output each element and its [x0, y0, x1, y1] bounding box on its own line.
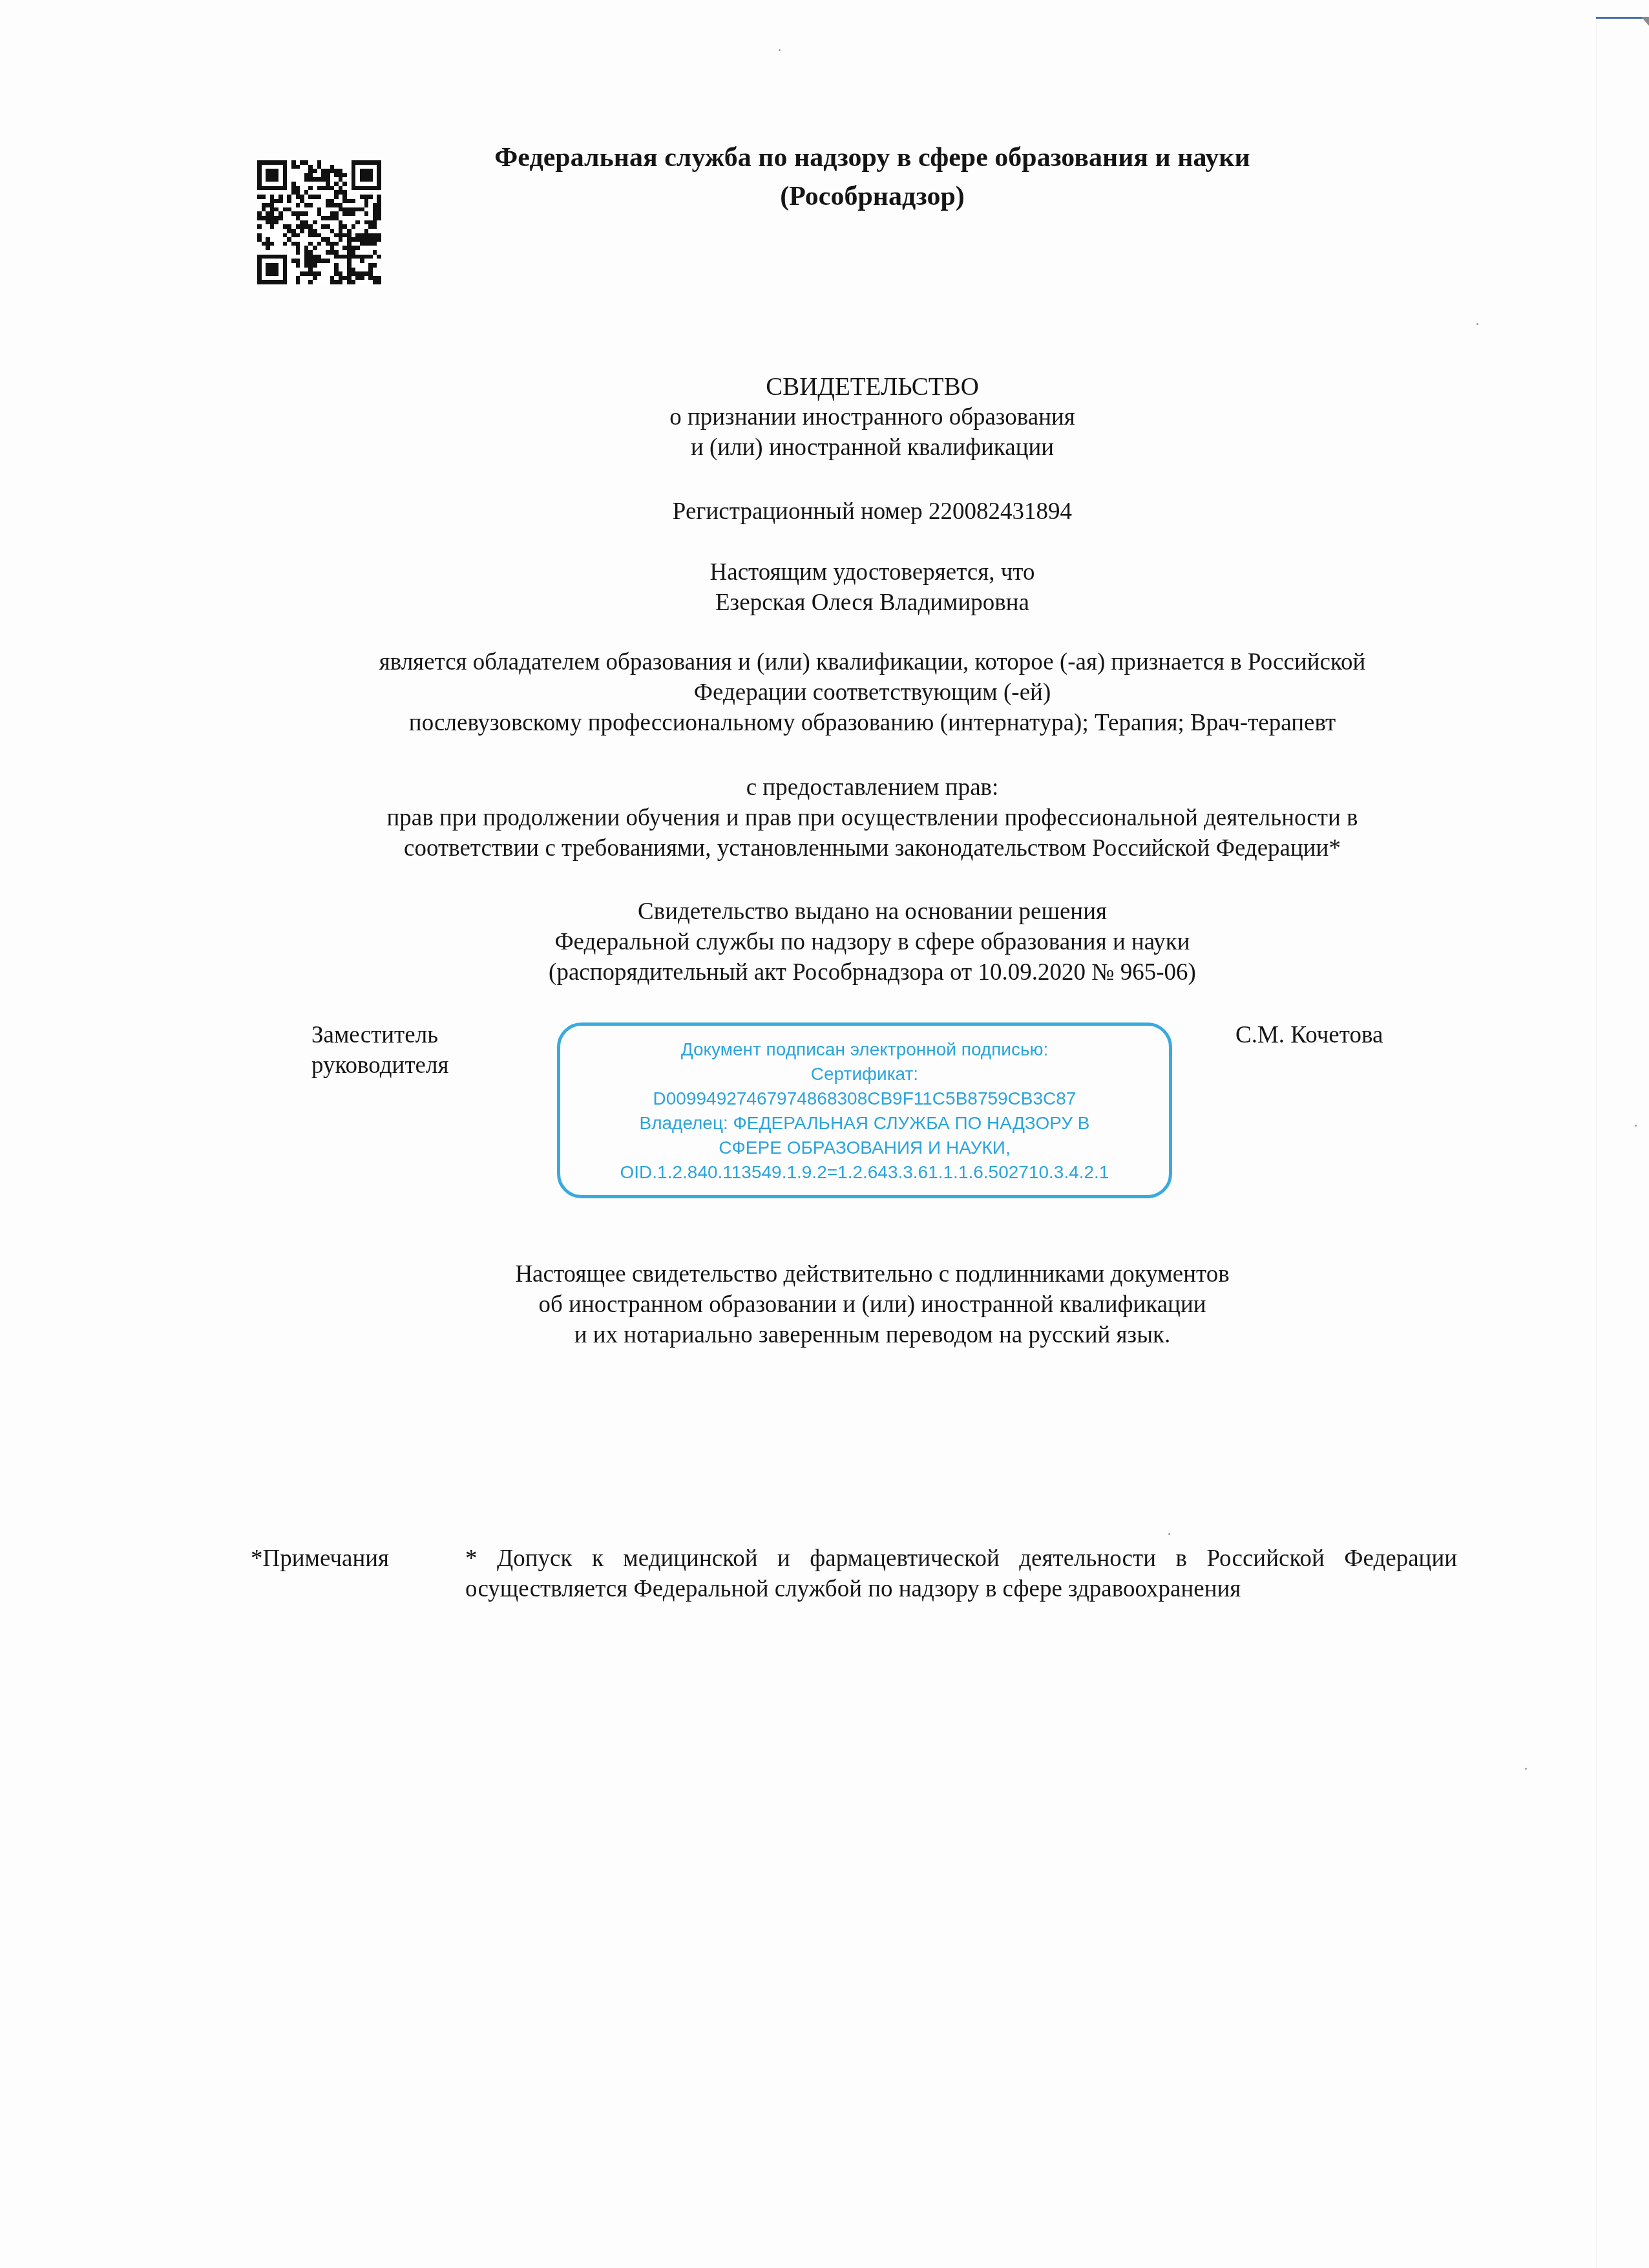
signatory-role: Заместитель руководителя	[311, 1020, 448, 1081]
holder-statement-line-1: является обладателем образования и (или)…	[258, 647, 1486, 677]
issuing-authority-header: Федеральная служба по надзору в сфере об…	[452, 138, 1292, 216]
validity-note: Настоящее свидетельство действительно с …	[258, 1259, 1486, 1350]
basis-line-1: Свидетельство выдано на основании решени…	[258, 896, 1486, 927]
holder-name: Езерская Олеся Владимировна	[258, 588, 1486, 618]
rights-line-2: соответствии с требованиями, установленн…	[258, 833, 1486, 864]
signatory-role-line-1: Заместитель	[311, 1020, 448, 1050]
document-subtitle-2: и (или) иностранной квалификации	[258, 432, 1486, 463]
issuance-basis: Свидетельство выдано на основании решени…	[258, 896, 1486, 988]
document-subtitle-1: о признании иностранного образования	[258, 402, 1486, 432]
authority-name: Федеральная служба по надзору в сфере об…	[452, 138, 1292, 177]
rights-line-1: прав при продолжении обучения и прав при…	[258, 803, 1486, 833]
notes-label: *Примечания	[251, 1543, 389, 1574]
scan-speck	[779, 49, 781, 51]
notes-text: * Допуск к медицинской и фармацевтическо…	[465, 1543, 1457, 1604]
signatory-role-line-2: руководителя	[311, 1050, 448, 1081]
granted-rights: с предоставлением прав: прав при продолж…	[258, 772, 1486, 864]
electronic-signature-stamp: Документ подписан электронной подписью:С…	[557, 1023, 1172, 1198]
certification-block: Настоящим удостоверяется, что Езерская О…	[258, 557, 1486, 618]
validity-line-3: и их нотариально заверенным переводом на…	[258, 1320, 1486, 1350]
scan-speck	[1635, 1125, 1637, 1127]
scan-speck	[1525, 1768, 1527, 1770]
rights-intro: с предоставлением прав:	[258, 772, 1486, 803]
stamp-line: СФЕРЕ ОБРАЗОВАНИЯ И НАУКИ,	[560, 1136, 1169, 1160]
basis-line-3: (распорядительный акт Рособрнадзора от 1…	[258, 957, 1486, 988]
qr-code-icon	[257, 160, 381, 284]
scan-edge-corner	[1641, 17, 1649, 26]
stamp-line: OID.1.2.840.113549.1.9.2=1.2.643.3.61.1.…	[560, 1160, 1169, 1183]
holder-statement: является обладателем образования и (или)…	[258, 647, 1486, 738]
stamp-line: Сертификат:	[560, 1062, 1169, 1086]
certify-intro: Настоящим удостоверяется, что	[258, 557, 1486, 588]
qualification-equivalent: послевузовскому профессиональному образо…	[258, 708, 1486, 738]
holder-statement-line-2: Федерации соответствующим (-ей)	[258, 677, 1486, 708]
stamp-line: Владелец: ФЕДЕРАЛЬНАЯ СЛУЖБА ПО НАДЗОРУ …	[560, 1111, 1169, 1136]
scan-edge-strip	[1596, 19, 1597, 2268]
authority-short-name: (Рособрнадзор)	[452, 177, 1292, 216]
document-title: СВИДЕТЕЛЬСТВО	[258, 372, 1486, 402]
basis-line-2: Федеральной службы по надзору в сфере об…	[258, 927, 1486, 957]
stamp-line: Документ подписан электронной подписью:	[560, 1037, 1169, 1062]
validity-line-1: Настоящее свидетельство действительно с …	[258, 1259, 1486, 1289]
stamp-line: D00994927467974868308CB9F11C5B8759CB3C87	[560, 1086, 1169, 1111]
validity-line-2: об иностранном образовании и (или) иност…	[258, 1289, 1486, 1320]
signatory-name: С.М. Кочетова	[1235, 1020, 1383, 1050]
scan-speck	[1476, 323, 1478, 325]
document-title-block: СВИДЕТЕЛЬСТВО о признании иностранного о…	[258, 372, 1486, 463]
scan-speck	[1168, 1533, 1170, 1535]
registration-number: Регистрационный номер 220082431894	[258, 496, 1486, 527]
